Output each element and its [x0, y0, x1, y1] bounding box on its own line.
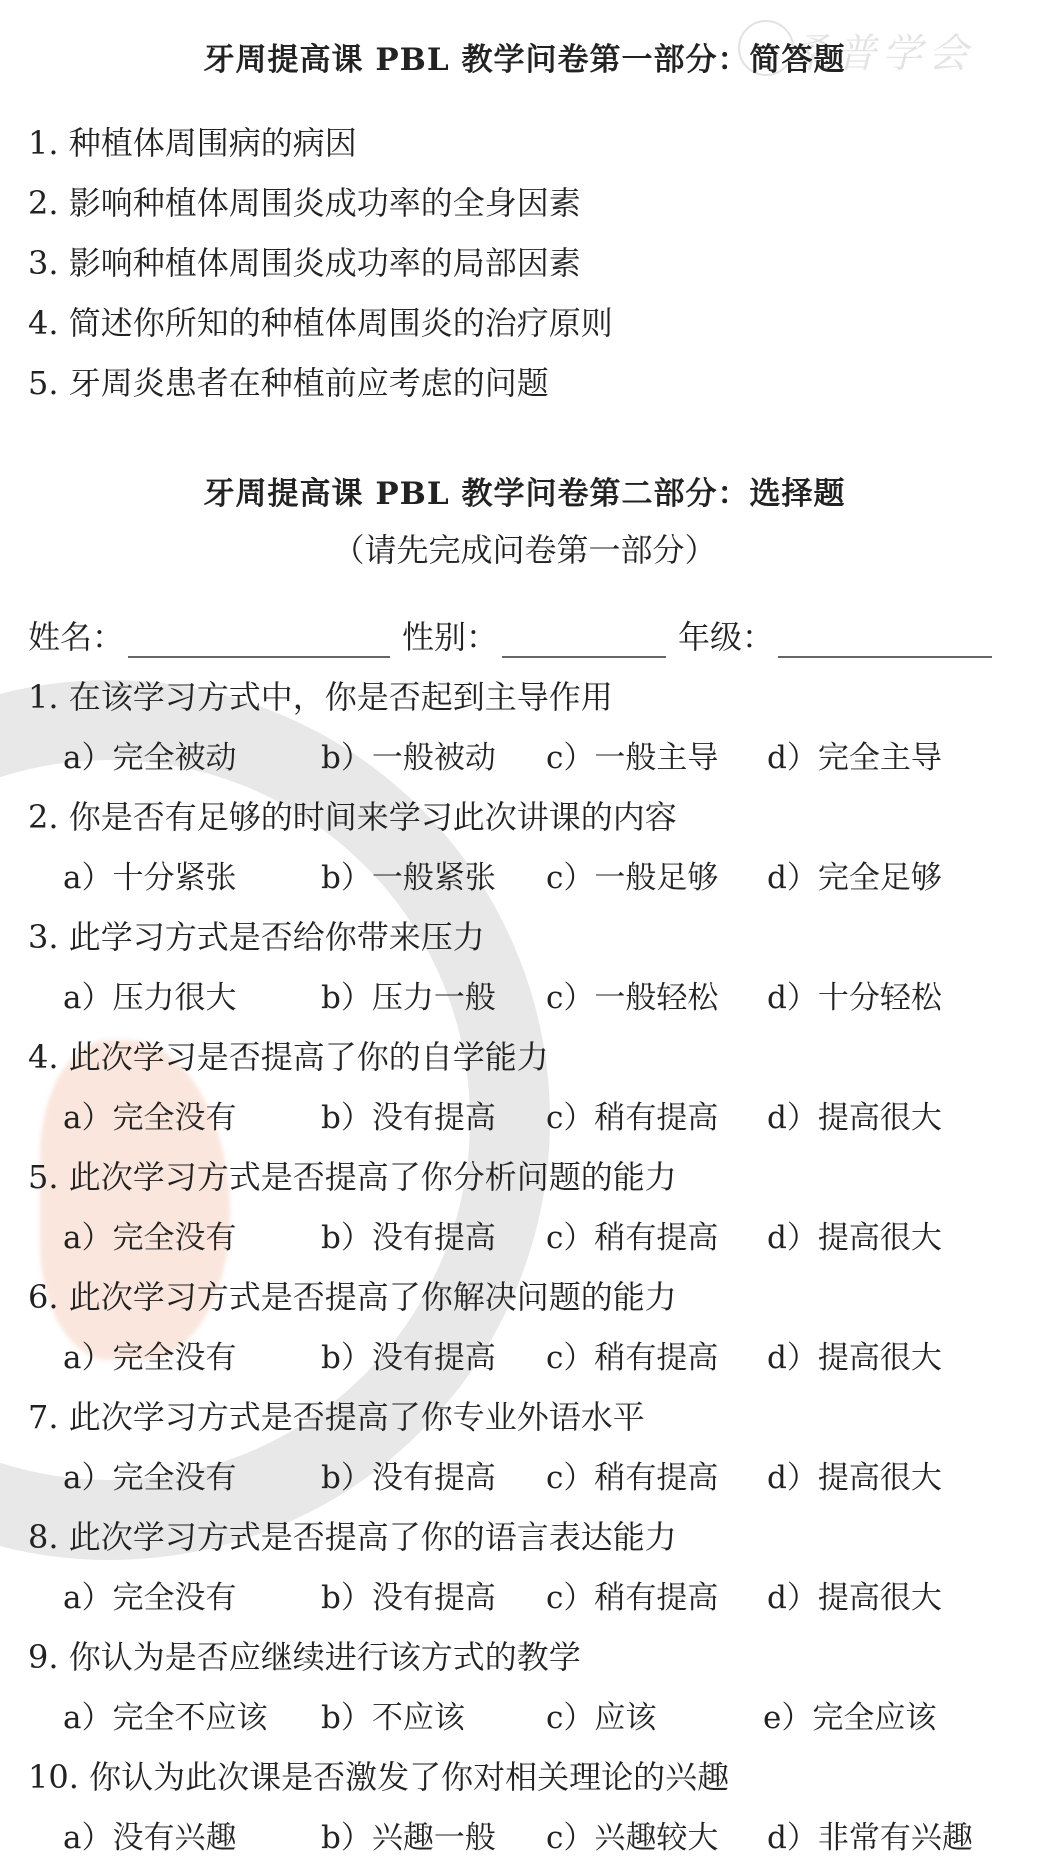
mcq-option[interactable]: b）没有提高 [321, 1572, 496, 1617]
name-blank[interactable] [128, 626, 390, 658]
mcq-question: 7. 此次学习方式是否提高了你专业外语水平 [28, 1392, 645, 1438]
mcq-option[interactable]: d）提高很大 [767, 1212, 942, 1257]
mcq-option[interactable]: a）完全没有 [63, 1332, 236, 1377]
mcq-option[interactable]: c）稍有提高 [546, 1212, 718, 1257]
mcq-option[interactable]: a）没有兴趣 [63, 1812, 236, 1857]
mcq-option[interactable]: c）兴趣较大 [546, 1812, 718, 1857]
gender-label: 性别： [402, 618, 498, 656]
mcq-option[interactable]: d）十分轻松 [767, 972, 942, 1017]
gender-blank[interactable] [502, 626, 666, 658]
grade-label: 年级： [678, 618, 774, 656]
mcq-option[interactable]: c）应该 [546, 1692, 656, 1737]
mcq-option[interactable]: b）没有提高 [321, 1332, 496, 1377]
part1-question: 1. 种植体周围病的病因 [28, 118, 357, 164]
mcq-question: 8. 此次学习方式是否提高了你的语言表达能力 [28, 1512, 677, 1558]
mcq-question: 6. 此次学习方式是否提高了你解决问题的能力 [28, 1272, 677, 1318]
mcq-option[interactable]: a）完全没有 [63, 1212, 236, 1257]
mcq-option[interactable]: d）提高很大 [767, 1332, 942, 1377]
grade-field[interactable]: 年级： [678, 612, 992, 658]
part1-question: 5. 牙周炎患者在种植前应考虑的问题 [28, 358, 549, 404]
mcq-option[interactable]: b）压力一般 [321, 972, 496, 1017]
mcq-option[interactable]: d）完全足够 [767, 852, 942, 897]
mcq-option[interactable]: a）完全被动 [63, 732, 236, 777]
grade-blank[interactable] [778, 626, 992, 658]
mcq-option[interactable]: a）十分紧张 [63, 852, 236, 897]
part1-title: 牙周提高课 PBL 教学问卷第一部分：简答题 [0, 34, 1049, 79]
mcq-option[interactable]: b）兴趣一般 [321, 1812, 496, 1857]
mcq-option[interactable]: b）一般紧张 [321, 852, 496, 897]
mcq-option[interactable]: b）没有提高 [321, 1452, 496, 1497]
mcq-option[interactable]: b）没有提高 [321, 1092, 496, 1137]
mcq-option[interactable]: c）一般轻松 [546, 972, 718, 1017]
mcq-option[interactable]: c）一般主导 [546, 732, 718, 777]
mcq-option[interactable]: a）完全没有 [63, 1572, 236, 1617]
mcq-question: 9. 你认为是否应继续进行该方式的教学 [28, 1632, 581, 1678]
mcq-question: 1. 在该学习方式中，你是否起到主导作用 [28, 672, 613, 718]
mcq-option[interactable]: b）没有提高 [321, 1212, 496, 1257]
mcq-option[interactable]: c）稍有提高 [546, 1092, 718, 1137]
mcq-question: 10. 你认为此次课是否激发了你对相关理论的兴趣 [28, 1752, 729, 1798]
mcq-option[interactable]: a）压力很大 [63, 972, 236, 1017]
mcq-option[interactable]: c）稍有提高 [546, 1452, 718, 1497]
mcq-question: 3. 此学习方式是否给你带来压力 [28, 912, 485, 958]
mcq-option[interactable]: a）完全没有 [63, 1092, 236, 1137]
mcq-option[interactable]: a）完全不应该 [63, 1692, 267, 1737]
part2-subtitle: （请先完成问卷第一部分） [0, 525, 1049, 571]
name-label: 姓名： [28, 618, 124, 656]
gender-field[interactable]: 性别： [402, 612, 666, 658]
mcq-option[interactable]: d）提高很大 [767, 1092, 942, 1137]
name-field[interactable]: 姓名： [28, 612, 390, 658]
mcq-option[interactable]: d）完全主导 [767, 732, 942, 777]
mcq-option[interactable]: c）稍有提高 [546, 1572, 718, 1617]
mcq-option[interactable]: b）一般被动 [321, 732, 496, 777]
part1-question: 3. 影响种植体周围炎成功率的局部因素 [28, 238, 581, 284]
mcq-question: 5. 此次学习方式是否提高了你分析问题的能力 [28, 1152, 677, 1198]
mcq-option[interactable]: d）提高很大 [767, 1572, 942, 1617]
part1-question: 2. 影响种植体周围炎成功率的全身因素 [28, 178, 581, 224]
mcq-question: 4. 此次学习是否提高了你的自学能力 [28, 1032, 549, 1078]
mcq-option[interactable]: c）稍有提高 [546, 1332, 718, 1377]
mcq-question: 2. 你是否有足够的时间来学习此次讲课的内容 [28, 792, 677, 838]
mcq-option[interactable]: e）完全应该 [763, 1692, 936, 1737]
part1-question: 4. 简述你所知的种植体周围炎的治疗原则 [28, 298, 613, 344]
mcq-option[interactable]: c）一般足够 [546, 852, 718, 897]
mcq-option[interactable]: b）不应该 [321, 1692, 465, 1737]
mcq-option[interactable]: d）非常有兴趣 [767, 1812, 973, 1857]
mcq-option[interactable]: a）完全没有 [63, 1452, 236, 1497]
part2-title: 牙周提高课 PBL 教学问卷第二部分：选择题 [0, 468, 1049, 513]
mcq-option[interactable]: d）提高很大 [767, 1452, 942, 1497]
